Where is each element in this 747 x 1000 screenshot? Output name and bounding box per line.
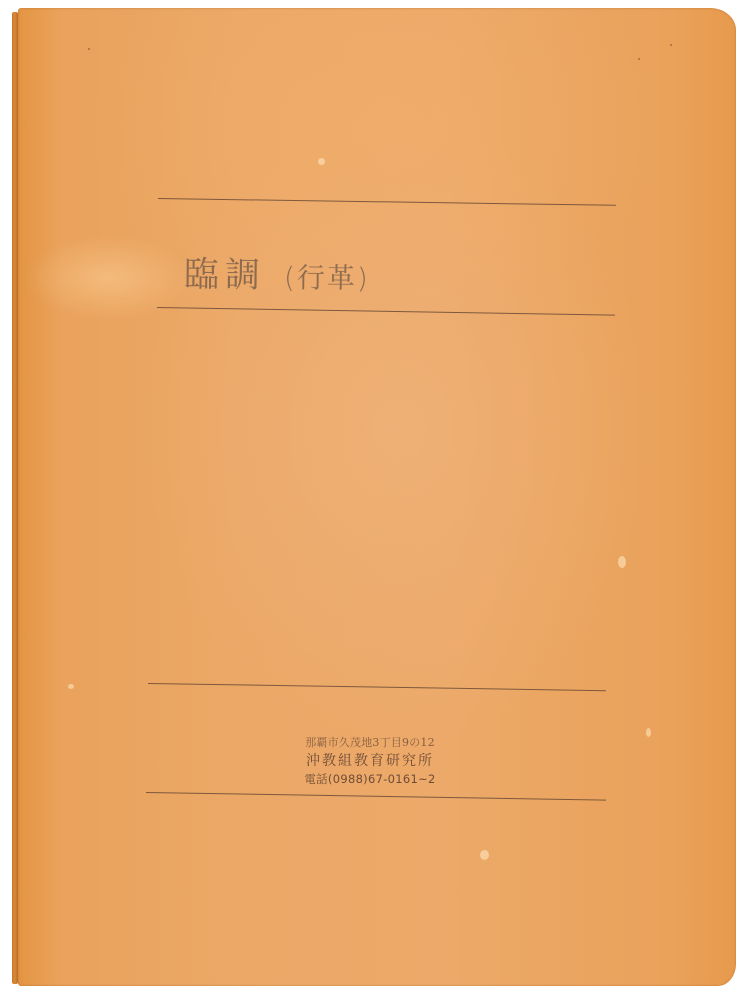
stain-spot xyxy=(618,556,626,568)
publisher-name: 沖教組教育研究所 xyxy=(270,750,470,770)
stain-spot xyxy=(646,728,651,737)
notebook-cover xyxy=(18,8,736,986)
dirt-speck xyxy=(88,48,90,50)
stain-spot xyxy=(480,850,489,860)
stain-spot xyxy=(68,684,74,689)
publisher-telephone: 電話(0988)67-0161~2 xyxy=(270,771,470,787)
handwritten-title: 臨調(行革) xyxy=(184,247,370,299)
dirt-speck xyxy=(670,44,672,46)
publisher-address: 那覇市久茂地3丁目9の12 xyxy=(270,734,470,750)
title-parenthetical: (行革) xyxy=(284,261,370,295)
dirt-speck xyxy=(638,58,640,60)
title-main: 臨調 xyxy=(184,255,266,296)
stain-spot xyxy=(318,158,325,165)
